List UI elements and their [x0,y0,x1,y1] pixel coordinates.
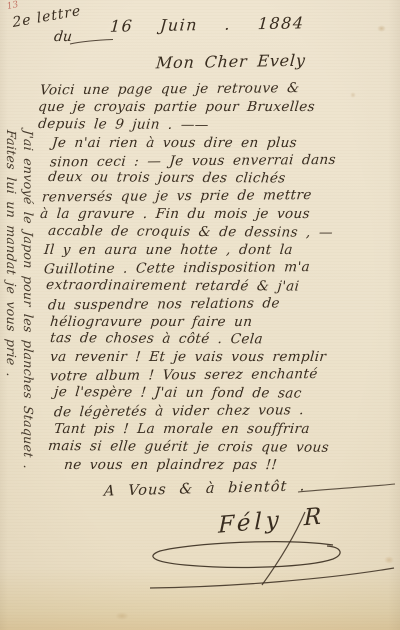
letter-line: Tant pis ! La morale en souffrira [53,421,369,439]
letter-annotation-du: du [53,29,73,45]
letter-line: ne vous en plaindrez pas !! [63,457,369,475]
letter-line: mais si elle guérit je crois que vous [47,438,368,458]
letter-line: du suspendre nos relations de [47,294,369,315]
signature-flourish [153,542,340,568]
letter-body: Voici une page que je retrouve & que je … [38,81,368,475]
margin-note: J'ai envoyé le Japon pour les planches S… [3,130,37,578]
letter-line: à la gravure . Fin du mois je vous [39,206,369,224]
closing-line: A Vous & à bientôt . [104,478,306,499]
closing-flourish-stroke [298,484,395,492]
salutation: Mon Cher Evely [155,51,306,73]
letter-line: Voici une page que je retrouve & [39,80,369,101]
paper-stain [384,556,394,564]
letter-line: de légèretés à vider chez vous . [53,402,369,423]
paper-stain [377,25,386,32]
letter-line: Guillotine . Cette indisposition m'a [43,258,369,279]
letter-line: que je croyais partie pour Bruxelles [37,99,369,117]
letter-line: tas de choses à côté . Cela [49,330,368,350]
letter-scan: 13 2e lettre du 16 Juin . 1884 Mon Cher … [0,0,400,630]
letter-annotation: 2e lettre [12,3,82,31]
letter-line: Il y en aura une hotte , dont la [43,242,369,260]
margin-note-line: Faites lui un mandat je vous prie . [3,129,20,578]
letter-date: 16 Juin . 1884 [109,13,305,35]
du-flourish-stroke [70,40,113,45]
signature-underline [150,568,394,588]
archival-number: 13 [6,0,19,12]
letter-line: va revenir ! Et je vais vous remplir [49,349,369,367]
margin-note-line: J'ai envoyé le Japon pour les planches S… [20,129,37,578]
letter-line: héliogravure pour faire un [49,314,369,332]
letter-line: accable de croquis & de dessins , — [47,223,368,243]
letter-line: je l'espère ! J'ai un fond de sac [53,384,369,404]
letter-line: extraordinairement retardé & j'ai [45,277,368,297]
letter-line: renversés que je vs prie de mettre [41,187,369,208]
signature: Fély R [218,503,325,538]
letter-line: Je n'ai rien à vous dire en plus [51,135,369,153]
paper-stain [115,612,129,620]
letter-line: depuis le 9 juin . —— [37,116,368,136]
